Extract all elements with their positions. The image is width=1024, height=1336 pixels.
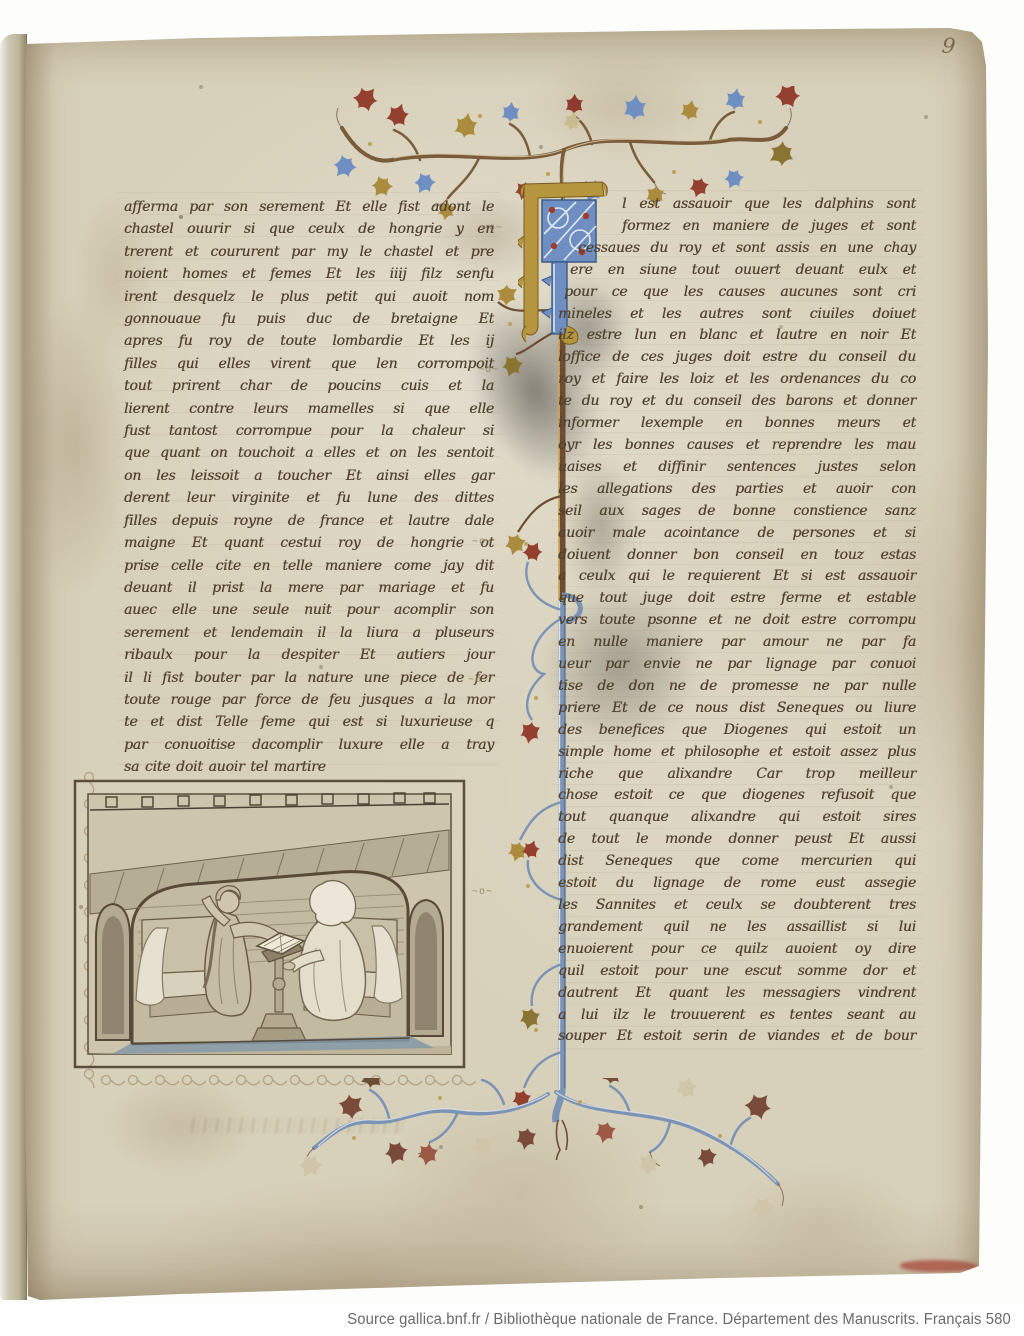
manuscript-page: 9 [20,26,992,1304]
manuscript-text-line: grandement quil ne les assaillist si lui [558,917,916,939]
manuscript-text-line: doiuent donner bon conseil en touz estas [558,545,916,567]
manuscript-text-line: que quant on touchoit a elles et on les … [124,442,494,464]
folio-number: 9 [941,33,957,58]
manuscript-text-line: ere en siune tout ouuert deuant eulx et [570,260,916,282]
manuscript-text-line: a ceulx qui le requierent Et si est assa… [558,566,916,588]
manuscript-text-line: vers toute psonne et ne doit estre corro… [558,610,916,632]
miniature-two-figures-conversing [72,778,467,1070]
manuscript-text-line: deuant il prist la mere par mariage et f… [124,577,494,599]
manuscript-text-line: oyr les bonnes causes et reprendre les m… [558,435,916,457]
manuscript-text-line: l est assauoir que les dalphins sont [622,194,916,216]
manuscript-text-line: uaises et diffinir sentences justes selo… [558,457,916,479]
manuscript-text-line: te et dist Telle feme qui est si luxurie… [124,711,494,733]
manuscript-text-line: dist Seneques que come mercurien qui [558,851,916,873]
manuscript-text-line: pour ce que les causes aucunes sont cri [564,282,916,304]
manuscript-text-line: filles qui elles virent que len corrompo… [124,353,494,375]
manuscript-text-line: irent desquelz le plus petit qui auoit n… [124,286,494,308]
red-stain [900,1260,978,1272]
manuscript-text-line: dautrent Et quant les messagiers vindren… [558,983,916,1005]
margin-penwork-mark: ~o~ [468,674,489,685]
manuscript-text-line: roy et faire les loiz et les ordenances … [558,369,916,391]
manuscript-text-line: loffice de ces juges doit estre du conse… [558,347,916,369]
manuscript-text-line: auoir male acointance de persones et si [558,523,916,545]
manuscript-text-line: maigne Et quant cestui roy de hongrie ot [124,532,494,554]
manuscript-text-line: mineles et les autres sont ciuiles doiue… [558,304,916,326]
manuscript-text-line: en nulle maniere par amour ne par fa [558,632,916,654]
manuscript-text-line: que tout juge doit estre ferme et establ… [558,588,916,610]
manuscript-text-line: derent leur virginite et fu lune des dit… [124,487,494,509]
manuscript-text-line: serement et lendemain il la liura a plus… [124,622,494,644]
manuscript-text-line: de tout le monde donner peust Et aussi [558,829,916,851]
manuscript-text-line: estoit du lignage de rome eust assegie [558,873,916,895]
gallica-source-line: Source gallica.bnf.fr / Bibliothèque nat… [347,1311,1024,1329]
manuscript-text-line: tout quanque alixandre qui estoit sires [558,807,916,829]
manuscript-text-line: simple home et philosophe et estoit asse… [558,742,916,764]
manuscript-text-line: chastel ouurir si que ceulx de hongrie y… [124,218,494,240]
manuscript-text-line: il li fist bouter par la nature une piec… [124,667,494,689]
manuscript-text-line: gonnouaue fu puis duc de bretaigne Et [124,308,494,330]
manuscript-text-line: les Sannites et ceulx se doubterent tres [558,895,916,917]
manuscript-text-line: chose estoit ce que diogenes refusoit qu… [558,785,916,807]
manuscript-text-line: auec elle une seule nuit pour acomplir s… [124,599,494,621]
manuscript-text-line: trerent et coururent par my le chastel e… [124,241,494,263]
manuscript-text-line: riche que alixandre Car trop meilleur [558,764,916,786]
margin-penwork-mark: ~o~ [472,886,493,897]
text-column-left: afferma par son serement Et elle fist ad… [124,196,494,779]
manuscript-text-line: apres fu roy de toute lombardie Et les i… [124,330,494,352]
manuscript-text-line: tout prirent char de poucins cuis et la [124,375,494,397]
manuscript-text-line: enuoierent pour ce quilz auoient oy dire [558,939,916,961]
manuscript-text-line: des benefices que Diogenes qui estoit un [558,720,916,742]
manuscript-text-line: on les leissoit a toucher Et ainsi elles… [124,465,494,487]
flyspecks [20,26,22,28]
manuscript-text-line: cessaues du roy et sont assis en une cha… [578,238,916,260]
manuscript-text-line: ilz estre lun en blanc et lautre en noir… [558,325,916,347]
manuscript-text-line: seil aux sages de bonne constience sanz [558,501,916,523]
manuscript-text-line: te du roy et du conseil des barons et do… [558,391,916,413]
manuscript-text-line: prise celle cite en telle maniere come j… [124,555,494,577]
manuscript-text-line: toute rouge par force de feu jusques a l… [124,689,494,711]
manuscript-text-line: lierent contre leurs mamelles si que ell… [124,398,494,420]
manuscript-text-line: ueur par envie ne par lignage par conuoi [558,654,916,676]
manuscript-text-line: quil estoit pour une escut somme dor et [558,961,916,983]
text-column-right: l est assauoir que les dalphins sontform… [558,194,916,1048]
margin-penwork-mark: ~o~ [482,222,503,233]
manuscript-text-line: priere Et de ce nous dist Seneques ou li… [558,698,916,720]
manuscript-text-line: noient homes et femes Et les iiij filz s… [124,263,494,285]
gallica-caption-bar: Source gallica.bnf.fr / Bibliothèque nat… [0,1304,1024,1336]
manuscript-text-line: filles depuis royne de france et lautre … [124,510,494,532]
manuscript-text-line: souper Et estoit serin de viandes et de … [558,1026,916,1048]
manuscript-text-line: tise de don ne de promesse ne par nulle [558,676,916,698]
manuscript-text-line: ribaulx pour la despiter Et autiers jour [124,644,494,666]
manuscript-text-line: fust tantost corrompue pour la chaleur s… [124,420,494,442]
manuscript-text-line: par conuoitise dacomplir luxure elle a t… [124,734,494,756]
manuscript-text-line: les allegations des parties et auoir con [558,479,916,501]
bottom-ivy-border-decoration [290,1078,810,1218]
margin-penwork-mark: ~o~ [478,364,499,375]
manuscript-text-line: a lui ilz le trouuerent es tentes seant … [558,1005,916,1027]
margin-penwork-mark: ~o~ [472,536,493,547]
gallica-scan-viewport: 9 [0,0,1024,1336]
manuscript-text-line: formez en maniere de juges et sont [622,216,916,238]
manuscript-text-line: sa cite doit auoir tel martire [124,756,494,778]
manuscript-text-line: afferma par son serement Et elle fist ad… [124,196,494,218]
manuscript-text-line: informer lexemple en bonnes meurs et [558,413,916,435]
